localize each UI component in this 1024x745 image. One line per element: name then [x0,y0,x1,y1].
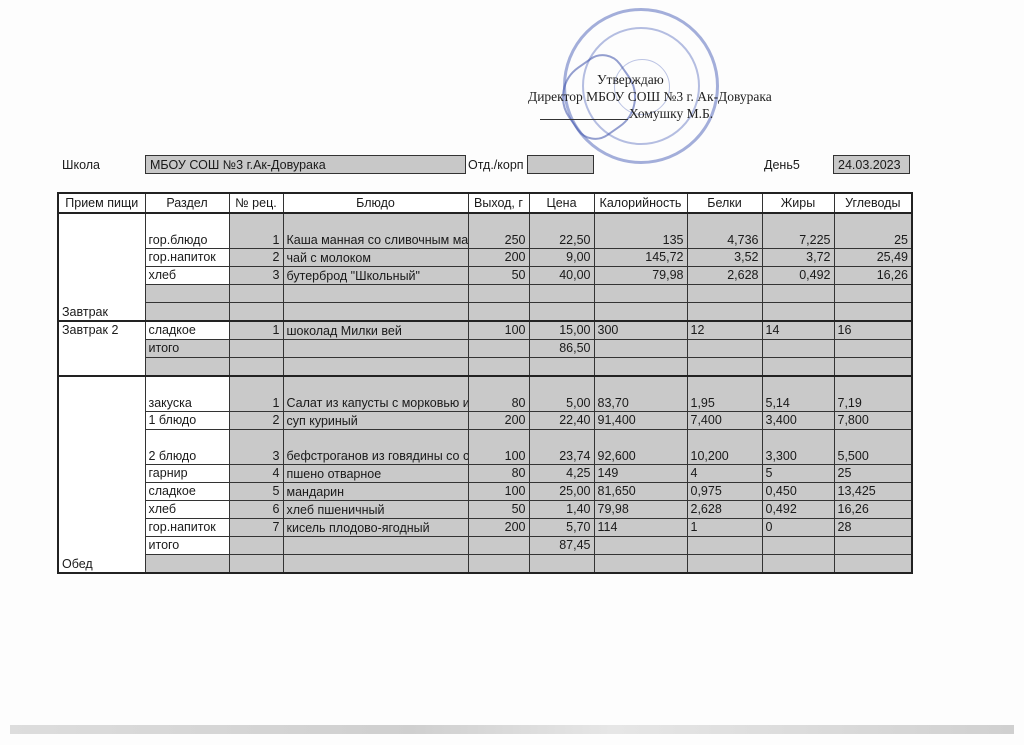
section-cell: гор.блюдо [145,213,229,249]
price-cell: 9,00 [529,249,594,267]
fat-cell: 3,300 [762,430,834,465]
price-cell [529,285,594,303]
table-row: Завтракгор.блюдо1Каша манная со сливочны… [58,213,912,249]
recipe-cell: 7 [229,519,283,537]
fat-cell [762,285,834,303]
calories-cell [594,555,687,574]
recipe-cell: 3 [229,430,283,465]
section-cell: хлеб [145,501,229,519]
col-meal: Прием пищи [58,193,145,213]
dept-field[interactable] [527,155,594,174]
fat-cell: 3,400 [762,412,834,430]
dish-cell: Салат из капусты с морковью и зел.горошк [283,376,468,412]
dish-cell: чай с молоком [283,249,468,267]
calories-cell [594,340,687,358]
fat-cell: 0,492 [762,501,834,519]
table-row: 1 блюдо2суп куриный20022,4091,4007,4003,… [58,412,912,430]
day-label: День5 [764,158,800,172]
calories-cell [594,285,687,303]
weight-cell: 100 [468,483,529,501]
fat-cell: 0,492 [762,267,834,285]
price-cell: 22,50 [529,213,594,249]
weight-cell: 100 [468,430,529,465]
recipe-cell [229,555,283,574]
recipe-cell: 1 [229,213,283,249]
signature-line [540,119,628,120]
table-row: Завтрак 2сладкое1шоколад Милки вей10015,… [58,321,912,340]
weight-cell: 200 [468,412,529,430]
approval-name: Хомушку М.Б. [629,106,713,122]
approval-title: Утверждаю [597,72,664,88]
carbs-cell: 16 [834,321,912,340]
protein-cell: 1 [687,519,762,537]
protein-cell: 12 [687,321,762,340]
protein-cell: 7,400 [687,412,762,430]
weight-cell [468,340,529,358]
fat-cell [762,358,834,377]
section-cell: 1 блюдо [145,412,229,430]
meal-name: Завтрак 2 [58,321,145,376]
calories-cell [594,537,687,555]
carbs-cell: 16,26 [834,267,912,285]
section-cell: гор.напиток [145,249,229,267]
weight-cell: 50 [468,501,529,519]
protein-cell [687,358,762,377]
table-row: сладкое5мандарин10025,0081,6500,9750,450… [58,483,912,501]
dept-label: Отд./корп [468,158,524,172]
protein-cell: 4,736 [687,213,762,249]
section-cell [145,285,229,303]
dish-cell: кисель плодово-ягодный [283,519,468,537]
table-row [58,555,912,574]
school-label: Школа [62,158,100,172]
calories-cell [594,358,687,377]
protein-cell: 4 [687,465,762,483]
carbs-cell: 7,19 [834,376,912,412]
fat-cell: 0 [762,519,834,537]
dish-cell: хлеб пшеничный [283,501,468,519]
weight-cell: 50 [468,267,529,285]
date-field[interactable]: 24.03.2023 [833,155,910,174]
recipe-cell: 5 [229,483,283,501]
recipe-cell [229,340,283,358]
price-cell: 25,00 [529,483,594,501]
fat-cell [762,555,834,574]
weight-cell: 80 [468,465,529,483]
dish-cell [283,303,468,322]
calories-cell [594,303,687,322]
recipe-cell [229,358,283,377]
table-row: итого86,50 [58,340,912,358]
price-cell: 86,50 [529,340,594,358]
carbs-cell [834,537,912,555]
calories-cell: 300 [594,321,687,340]
calories-cell: 114 [594,519,687,537]
table-row: хлеб6хлеб пшеничный501,4079,982,6280,492… [58,501,912,519]
fat-cell: 14 [762,321,834,340]
weight-cell: 100 [468,321,529,340]
carbs-cell [834,358,912,377]
protein-cell: 0,975 [687,483,762,501]
col-price: Цена [529,193,594,213]
calories-cell: 91,400 [594,412,687,430]
col-carbs: Углеводы [834,193,912,213]
dish-cell: бефстроганов из говядины со сметанным со… [283,430,468,465]
price-cell: 23,74 [529,430,594,465]
carbs-cell: 7,800 [834,412,912,430]
calories-cell: 92,600 [594,430,687,465]
recipe-cell: 2 [229,249,283,267]
section-cell: итого [145,537,229,555]
price-cell: 15,00 [529,321,594,340]
protein-cell [687,340,762,358]
weight-cell: 250 [468,213,529,249]
weight-cell [468,285,529,303]
dish-cell [283,340,468,358]
recipe-cell [229,285,283,303]
recipe-cell [229,537,283,555]
recipe-cell [229,303,283,322]
section-cell: хлеб [145,267,229,285]
fat-cell: 5,14 [762,376,834,412]
section-cell: сладкое [145,483,229,501]
section-cell: 2 блюдо [145,430,229,465]
section-cell: закуска [145,376,229,412]
recipe-cell: 1 [229,376,283,412]
col-fat: Жиры [762,193,834,213]
carbs-cell: 25 [834,465,912,483]
carbs-cell: 25 [834,213,912,249]
table-row: 2 блюдо3бефстроганов из говядины со смет… [58,430,912,465]
menu-table: Прием пищи Раздел № рец. Блюдо Выход, г … [57,192,913,574]
section-cell: итого [145,340,229,358]
fat-cell: 0,450 [762,483,834,501]
dish-cell [283,555,468,574]
table-header-row: Прием пищи Раздел № рец. Блюдо Выход, г … [58,193,912,213]
weight-cell [468,358,529,377]
weight-cell [468,555,529,574]
calories-cell: 79,98 [594,501,687,519]
protein-cell [687,303,762,322]
protein-cell: 10,200 [687,430,762,465]
carbs-cell: 28 [834,519,912,537]
recipe-cell: 3 [229,267,283,285]
protein-cell: 3,52 [687,249,762,267]
price-cell: 40,00 [529,267,594,285]
dish-cell: суп куриный [283,412,468,430]
dish-cell [283,285,468,303]
table-row [58,358,912,377]
carbs-cell [834,303,912,322]
recipe-cell: 1 [229,321,283,340]
menu-body: Завтракгор.блюдо1Каша манная со сливочны… [58,213,912,573]
fat-cell [762,340,834,358]
dish-cell [283,358,468,377]
fat-cell: 3,72 [762,249,834,267]
carbs-cell [834,555,912,574]
weight-cell [468,537,529,555]
table-row: Обедзакуска1Салат из капусты с морковью … [58,376,912,412]
calories-cell: 145,72 [594,249,687,267]
recipe-cell: 4 [229,465,283,483]
calories-cell: 149 [594,465,687,483]
col-dish: Блюдо [283,193,468,213]
protein-cell [687,555,762,574]
section-cell [145,303,229,322]
dish-cell: бутерброд "Школьный" [283,267,468,285]
table-row: хлеб3бутерброд "Школьный"5040,0079,982,6… [58,267,912,285]
calories-cell: 135 [594,213,687,249]
calories-cell: 79,98 [594,267,687,285]
fat-cell: 5 [762,465,834,483]
price-cell: 1,40 [529,501,594,519]
dish-cell: мандарин [283,483,468,501]
col-weight: Выход, г [468,193,529,213]
section-cell: гарнир [145,465,229,483]
section-cell: сладкое [145,321,229,340]
table-row [58,303,912,322]
carbs-cell [834,340,912,358]
col-calories: Калорийность [594,193,687,213]
meal-name: Обед [58,376,145,573]
protein-cell [687,537,762,555]
table-row: гор.напиток2чай с молоком2009,00145,723,… [58,249,912,267]
carbs-cell [834,285,912,303]
calories-cell: 83,70 [594,376,687,412]
carbs-cell: 25,49 [834,249,912,267]
weight-cell: 200 [468,249,529,267]
col-section: Раздел [145,193,229,213]
calories-cell: 81,650 [594,483,687,501]
price-cell: 5,70 [529,519,594,537]
protein-cell: 1,95 [687,376,762,412]
price-cell: 5,00 [529,376,594,412]
section-cell [145,358,229,377]
dish-cell [283,537,468,555]
table-row: гор.напиток7кисель плодово-ягодный2005,7… [58,519,912,537]
dish-cell: пшено отварное [283,465,468,483]
price-cell [529,358,594,377]
protein-cell: 2,628 [687,501,762,519]
section-cell [145,555,229,574]
table-row [58,285,912,303]
weight-cell [468,303,529,322]
price-cell: 22,40 [529,412,594,430]
price-cell: 87,45 [529,537,594,555]
dish-cell: шоколад Милки вей [283,321,468,340]
fat-cell [762,537,834,555]
carbs-cell: 13,425 [834,483,912,501]
price-cell: 4,25 [529,465,594,483]
table-row: итого87,45 [58,537,912,555]
recipe-cell: 2 [229,412,283,430]
price-cell [529,303,594,322]
fat-cell: 7,225 [762,213,834,249]
recipe-cell: 6 [229,501,283,519]
col-protein: Белки [687,193,762,213]
carbs-cell: 16,26 [834,501,912,519]
dish-cell: Каша манная со сливочным маслом [283,213,468,249]
approval-director: Директор МБОУ СОШ №3 г. Ак-Довурака [528,89,772,105]
fat-cell [762,303,834,322]
weight-cell: 200 [468,519,529,537]
school-field[interactable]: МБОУ СОШ №3 г.Ак-Довурака [145,155,466,174]
meal-name: Завтрак [58,213,145,321]
weight-cell: 80 [468,376,529,412]
table-row: гарнир4пшено отварное804,251494525 [58,465,912,483]
section-cell: гор.напиток [145,519,229,537]
carbs-cell: 5,500 [834,430,912,465]
price-cell [529,555,594,574]
col-recipe: № рец. [229,193,283,213]
scan-edge [10,725,1014,734]
protein-cell [687,285,762,303]
protein-cell: 2,628 [687,267,762,285]
